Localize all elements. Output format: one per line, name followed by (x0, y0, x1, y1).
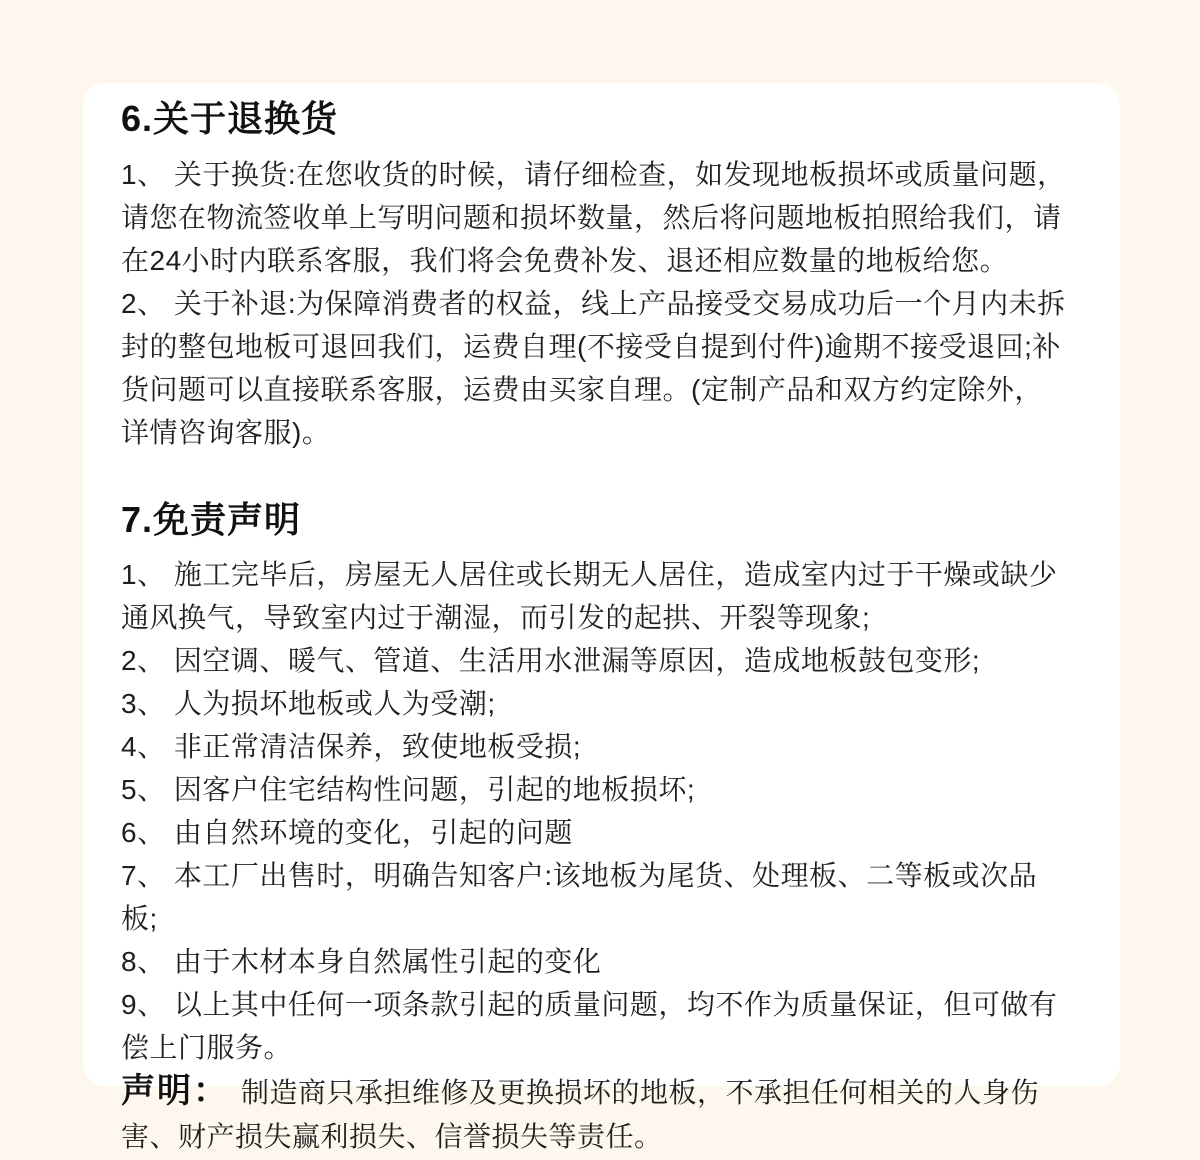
statement-label: 声明： (121, 1072, 229, 1110)
disclaimer-item-2: 2、 因空调、暖气、管道、生活用水泄漏等原因，造成地板鼓包变形; (121, 639, 1070, 682)
page-background: 6.关于退换货 1、 关于换货:在您收货的时候，请仔细检查，如发现地板损坏或质量… (0, 0, 1200, 1160)
section-disclaimer-heading: 7.免责声明 (121, 496, 1070, 545)
disclaimer-item-1: 1、 施工完毕后，房屋无人居住或长期无人居住，造成室内过于干燥或缺少通风换气，导… (121, 553, 1070, 639)
section-disclaimer: 7.免责声明 1、 施工完毕后，房屋无人居住或长期无人居住，造成室内过于干燥或缺… (121, 496, 1070, 1070)
disclaimer-item-8: 8、 由于木材本身自然属性引起的变化 (121, 940, 1070, 983)
section-returns-heading: 6.关于退换货 (121, 95, 1070, 144)
disclaimer-item-4: 4、 非正常清洁保养，致使地板受损; (121, 725, 1070, 768)
returns-paragraph-2: 2、 关于补退:为保障消费者的权益，线上产品接受交易成功后一个月内未拆封的整包地… (121, 282, 1070, 454)
disclaimer-item-5: 5、 因客户住宅结构性问题，引起的地板损坏; (121, 768, 1070, 811)
disclaimer-item-7: 7、 本工厂出售时，明确告知客户:该地板为尾货、处理板、二等板或次品板; (121, 854, 1070, 940)
section-returns: 6.关于退换货 1、 关于换货:在您收货的时候，请仔细检查，如发现地板损坏或质量… (121, 95, 1070, 454)
disclaimer-item-9: 9、 以上其中任何一项条款引起的质量问题，均不作为质量保证，但可做有偿上门服务。 (121, 983, 1070, 1069)
policy-card: 6.关于退换货 1、 关于换货:在您收货的时候，请仔细检查，如发现地板损坏或质量… (83, 83, 1120, 1086)
disclaimer-item-6: 6、 由自然环境的变化，引起的问题 (121, 811, 1070, 854)
manufacturer-statement: 声明：制造商只承担维修及更换损坏的地板，不承担任何相关的人身伤害、财产损失赢利损… (121, 1069, 1070, 1159)
returns-paragraph-1: 1、 关于换货:在您收货的时候，请仔细检查，如发现地板损坏或质量问题，请您在物流… (121, 153, 1070, 282)
statement-text: 制造商只承担维修及更换损坏的地板，不承担任何相关的人身伤害、财产损失赢利损失、信… (121, 1077, 1039, 1152)
disclaimer-item-3: 3、 人为损坏地板或人为受潮; (121, 682, 1070, 725)
